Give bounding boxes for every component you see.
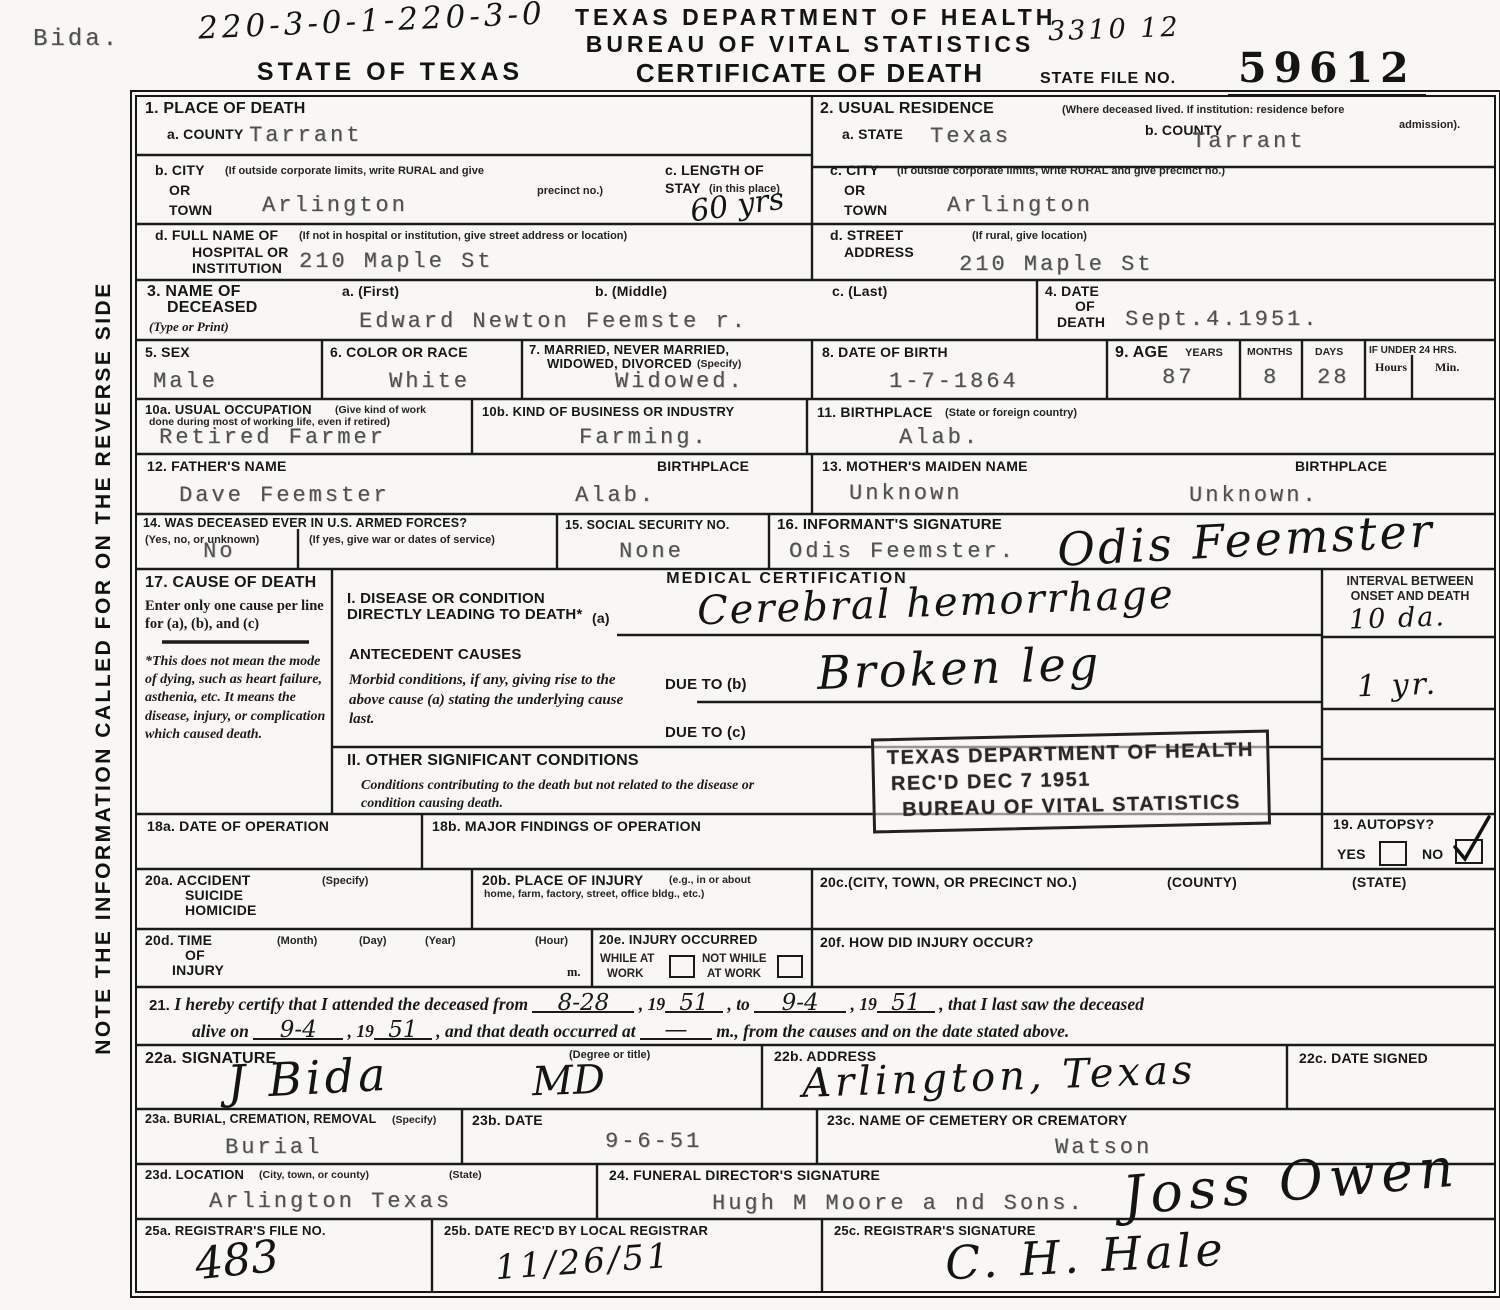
s20c-county-label: (COUNTY)	[1167, 875, 1237, 890]
s4-label: 4. DATE	[1045, 284, 1099, 299]
reverse-side-note: NOTE THE INFORMATION CALLED FOR ON THE R…	[92, 268, 118, 1068]
s10a-value: Retired Farmer	[159, 425, 386, 450]
s20e-notwhile-label2: AT WORK	[707, 968, 761, 981]
s21-from-date: 8-28	[532, 996, 634, 1013]
s21-text8: , and that death occurred at	[436, 1021, 635, 1041]
s13-birthplace-label: BIRTHPLACE	[1295, 459, 1387, 474]
s1-city-note2: precinct no.)	[537, 185, 603, 197]
s1-city-town: TOWN	[169, 203, 212, 218]
s17-a-label: (a)	[592, 611, 610, 626]
autopsy-yes-checkbox	[1379, 841, 1407, 866]
s21-alive-year: 51	[374, 1023, 432, 1040]
s17-interval-label: INTERVAL BETWEEN	[1327, 575, 1493, 589]
s9-days-label: DAYS	[1315, 347, 1343, 359]
s21-text6: alive on	[192, 1021, 249, 1041]
s17-antecedent-label: ANTECEDENT CAUSES	[349, 647, 522, 663]
s20d-month-label: (Month)	[277, 935, 317, 947]
s2-title-note: (Where deceased lived. If institution: r…	[1062, 104, 1344, 116]
s10b-value: Farming.	[579, 425, 709, 450]
s21-to-year: 51	[877, 996, 935, 1013]
s9-hours-label: Hours	[1375, 360, 1407, 375]
check-mark-icon	[1449, 807, 1493, 863]
s17-disease-label: I. DISEASE OR CONDITION	[347, 591, 545, 607]
handwritten-code-annotation: 220-3-0-1-220-3-0	[197, 0, 546, 45]
s23a-label: 23a. BURIAL, CREMATION, REMOVAL	[145, 1113, 376, 1126]
s20f-label: 20f. HOW DID INJURY OCCUR?	[820, 935, 1034, 950]
s17-note2: *This does not mean the mode of dying, s…	[145, 653, 327, 744]
s2-city-town: TOWN	[844, 203, 887, 218]
s6-value: White	[389, 369, 470, 394]
s9-under24-label: IF UNDER 24 HRS.	[1369, 345, 1457, 356]
s21-from-year: 51	[665, 996, 723, 1013]
s20a-label: 20a. ACCIDENT	[145, 873, 251, 888]
s2-title-note2: admission).	[1399, 119, 1460, 131]
s21-text9: m., from the causes and on the date stat…	[716, 1021, 1069, 1041]
s3-first-label: a. (First)	[342, 284, 399, 299]
header-bureau: BUREAU OF VITAL STATISTICS	[575, 31, 1045, 58]
state-file-number: 59612	[1228, 44, 1426, 97]
s20c-state-label: (STATE)	[1352, 875, 1407, 890]
s17-other-note: Conditions contributing to the death but…	[361, 777, 801, 813]
s12-birthplace-value: Alab.	[575, 483, 656, 508]
s18a-label: 18a. DATE OF OPERATION	[147, 819, 329, 834]
s11-value: Alab.	[899, 425, 980, 450]
s13-birthplace-value: Unknown.	[1189, 483, 1319, 508]
certificate-form: 1. PLACE OF DEATH a. COUNTY Tarrant 2. U…	[135, 95, 1496, 1293]
s16-typed-value: Odis Feemster.	[789, 539, 1016, 564]
s3-last-label: c. (Last)	[832, 284, 887, 299]
s11-label: 11. BIRTHPLACE	[817, 405, 933, 420]
s20d-label3: INJURY	[172, 963, 224, 978]
s20d-label2: OF	[185, 948, 205, 963]
s17-note1: Enter only one cause per line for (a), (…	[145, 597, 327, 633]
handwritten-number-annotation: 3310 12	[1048, 14, 1182, 46]
s12-birthplace-label: BIRTHPLACE	[657, 459, 749, 474]
s11-note: (State or foreign country)	[945, 407, 1077, 419]
header-state: STATE OF TEXAS	[230, 58, 550, 87]
certify-statement-line1: 21. I hereby certify that I attended the…	[149, 994, 1144, 1015]
s13-label: 13. MOTHER'S MAIDEN NAME	[822, 459, 1028, 474]
s8-label: 8. DATE OF BIRTH	[822, 345, 948, 360]
s4-value: Sept.4.1951.	[1125, 307, 1319, 332]
s7-value: Widowed.	[615, 369, 745, 394]
s1-hospital-label3: INSTITUTION	[192, 261, 282, 276]
s20d-m-label: m.	[567, 965, 581, 981]
s9-months-label: MONTHS	[1247, 347, 1293, 359]
s19-no-label: NO	[1422, 847, 1443, 862]
s20b-note: (e.g., in or about	[669, 875, 751, 887]
s21-death-hour: —	[640, 1023, 712, 1040]
s10a-label: 10a. USUAL OCCUPATION	[145, 403, 312, 417]
s9-months-value: 8	[1263, 365, 1279, 390]
s17-cause-b-value: Broken leg	[816, 640, 1102, 696]
s2-state-label: a. STATE	[842, 127, 903, 142]
certify-statement-line2: alive on 9-4 , 1951 , and that death occ…	[192, 1021, 1069, 1042]
s22c-label: 22c. DATE SIGNED	[1299, 1051, 1428, 1066]
s25c-signature: C. H. Hale	[944, 1226, 1228, 1287]
s3-middle-label: b. (Middle)	[595, 284, 667, 299]
s21-text5: , that I last saw the deceased	[939, 994, 1144, 1014]
s21-number: 21.	[149, 997, 170, 1014]
s17-other-label: II. OTHER SIGNIFICANT CONDITIONS	[347, 753, 639, 770]
s20c-label: 20c.(CITY, TOWN, OR PRECINCT NO.)	[820, 875, 1077, 890]
s23d-note: (City, town, or county)	[259, 1170, 369, 1182]
s1-county-label: a. COUNTY	[167, 127, 243, 142]
s1-stay-label: c. LENGTH OF	[665, 163, 764, 178]
s21-text7: , 19	[348, 1021, 374, 1041]
s2-county-value: Tarrant	[1192, 129, 1305, 154]
s2-title: 2. USUAL RESIDENCE	[820, 101, 994, 118]
s13-name-value: Unknown	[849, 481, 962, 506]
s17-b-label: DUE TO (b)	[665, 677, 747, 693]
s15-value: None	[619, 539, 684, 564]
s19-yes-label: YES	[1337, 847, 1366, 862]
s20e-while-label: WHILE AT	[600, 953, 654, 966]
s24-label: 24. FUNERAL DIRECTOR'S SIGNATURE	[609, 1168, 880, 1183]
s4-label3: DEATH	[1057, 315, 1105, 330]
s1-city-note: (If outside corporate limits, write RURA…	[225, 165, 484, 177]
header-title: CERTIFICATE OF DEATH	[615, 58, 1005, 89]
s21-text4: , 19	[851, 994, 877, 1014]
s1-hospital-label2: HOSPITAL OR	[192, 245, 289, 260]
s20d-hour-label: (Hour)	[535, 935, 568, 947]
s14-label: 14. WAS DECEASED EVER IN U.S. ARMED FORC…	[143, 517, 467, 530]
s9-min-label: Min.	[1435, 360, 1459, 375]
injury-not-while-at-work-checkbox	[777, 955, 803, 978]
s18b-label: 18b. MAJOR FINDINGS OF OPERATION	[432, 819, 701, 834]
s21-text1: I hereby certify that I attended the dec…	[174, 994, 528, 1014]
s2-city-or: OR	[844, 183, 865, 198]
s17-interval-b-value: 1 yr.	[1357, 670, 1439, 703]
s5-value: Male	[153, 369, 218, 394]
s23c-label: 23c. NAME OF CEMETERY OR CREMATORY	[827, 1113, 1128, 1128]
s6-label: 6. COLOR OR RACE	[330, 345, 468, 360]
s1-county-value: Tarrant	[249, 123, 362, 148]
s17-disease-label2: DIRECTLY LEADING TO DEATH*	[347, 607, 583, 623]
s17-interval-a-value: 10 da.	[1349, 603, 1447, 633]
s21-text2: , 19	[639, 994, 665, 1014]
s2-city-note: (If outside corporate limits, write RURA…	[897, 165, 1225, 177]
s17-c-label: DUE TO (c)	[665, 725, 746, 741]
s14-note2: (If yes, give war or dates of service)	[309, 534, 495, 546]
s3-name-value: Edward Newton Feemste r.	[359, 309, 748, 334]
s1-city-label: b. CITY	[155, 163, 205, 178]
s21-alive-date: 9-4	[253, 1023, 343, 1040]
state-file-no-label: STATE FILE NO.	[1040, 70, 1176, 88]
s1-city-or: OR	[169, 183, 190, 198]
s12-name-value: Dave Feemster	[179, 483, 390, 508]
s23b-label: 23b. DATE	[472, 1113, 543, 1128]
s2-street-note: (If rural, give location)	[972, 230, 1087, 242]
s21-text3: , to	[727, 994, 749, 1014]
header-department: TEXAS DEPARTMENT OF HEALTH	[575, 4, 1045, 31]
s2-city-value: Arlington	[947, 193, 1093, 218]
injury-while-at-work-checkbox	[669, 955, 695, 978]
s5-label: 5. SEX	[145, 345, 190, 360]
s15-label: 15. SOCIAL SECURITY NO.	[565, 519, 730, 532]
s9-years-label: YEARS	[1185, 347, 1223, 359]
s3-title3: (Type or Print)	[149, 319, 229, 336]
s23d-value: Arlington Texas	[209, 1189, 452, 1214]
s23a-note: (Specify)	[392, 1115, 436, 1127]
s9-days-value: 28	[1317, 365, 1349, 390]
s23b-value: 9-6-51	[605, 1129, 702, 1154]
s20d-year-label: (Year)	[425, 935, 456, 947]
s3-title2: DECEASED	[167, 300, 258, 317]
s12-label: 12. FATHER'S NAME	[147, 459, 287, 474]
margin-name-annotation: Bida.	[33, 26, 120, 53]
s23c-value: Watson	[1055, 1135, 1152, 1160]
s1-hospital-label: d. FULL NAME OF	[155, 228, 278, 243]
s7-label: 7. MARRIED, NEVER MARRIED,	[529, 343, 729, 357]
s20e-notwhile-label: NOT WHILE	[702, 953, 767, 966]
s20e-while-label2: WORK	[607, 968, 643, 981]
s17-morbid-note: Morbid conditions, if any, giving rise t…	[349, 671, 649, 730]
s14-value: No	[203, 539, 235, 564]
s19-label: 19. AUTOPSY?	[1333, 817, 1434, 832]
s20d-day-label: (Day)	[359, 935, 387, 947]
s24-typed-value: Hugh M Moore a nd Sons.	[712, 1191, 1085, 1216]
s20a-note: (Specify)	[322, 875, 368, 887]
s10a-note: (Give kind of work	[335, 405, 426, 417]
s21-to-date: 9-4	[754, 996, 846, 1013]
s20b-label: 20b. PLACE OF INJURY	[482, 873, 643, 888]
s1-city-value: Arlington	[262, 193, 408, 218]
s22a-signature: J Bida	[226, 1051, 391, 1105]
s10b-label: 10b. KIND OF BUSINESS OR INDUSTRY	[482, 405, 734, 419]
s20a-label2: SUICIDE	[185, 888, 243, 903]
s1-hospital-note: (If not in hospital or institution, give…	[299, 230, 627, 242]
s1-hospital-value: 210 Maple St	[299, 249, 493, 274]
s20e-label: 20e. INJURY OCCURRED	[599, 933, 758, 947]
received-stamp: TEXAS DEPARTMENT OF HEALTH REC'D DEC 7 1…	[871, 729, 1271, 833]
s2-street-label2: ADDRESS	[844, 245, 914, 260]
s20a-label3: HOMICIDE	[185, 903, 257, 918]
s17-label: 17. CAUSE OF DEATH	[145, 575, 316, 592]
s2-street-label: d. STREET	[830, 228, 903, 243]
s2-city-label: c. CITY	[830, 163, 879, 178]
s23d-note2: (State)	[449, 1170, 482, 1182]
s1-title: 1. PLACE OF DEATH	[145, 101, 305, 118]
s23d-label: 23d. LOCATION	[145, 1168, 244, 1182]
death-certificate-scan: { "page": { "margin_note": "NOTE THE INF…	[0, 0, 1500, 1310]
s2-street-value: 210 Maple St	[959, 252, 1153, 277]
s2-state-value: Texas	[930, 124, 1011, 149]
s16-label: 16. INFORMANT'S SIGNATURE	[777, 517, 1002, 533]
s22a-degree-value: MD	[531, 1060, 605, 1103]
s9-label: 9. AGE	[1115, 345, 1168, 362]
s25a-value: 483	[193, 1235, 281, 1288]
s4-label2: OF	[1075, 299, 1095, 314]
s20d-label: 20d. TIME	[145, 933, 212, 948]
s23a-value: Burial	[225, 1135, 322, 1160]
s20b-note2: home, farm, factory, street, office bldg…	[484, 889, 704, 901]
s9-years-value: 87	[1162, 365, 1194, 390]
s8-value: 1-7-1864	[889, 369, 1019, 394]
